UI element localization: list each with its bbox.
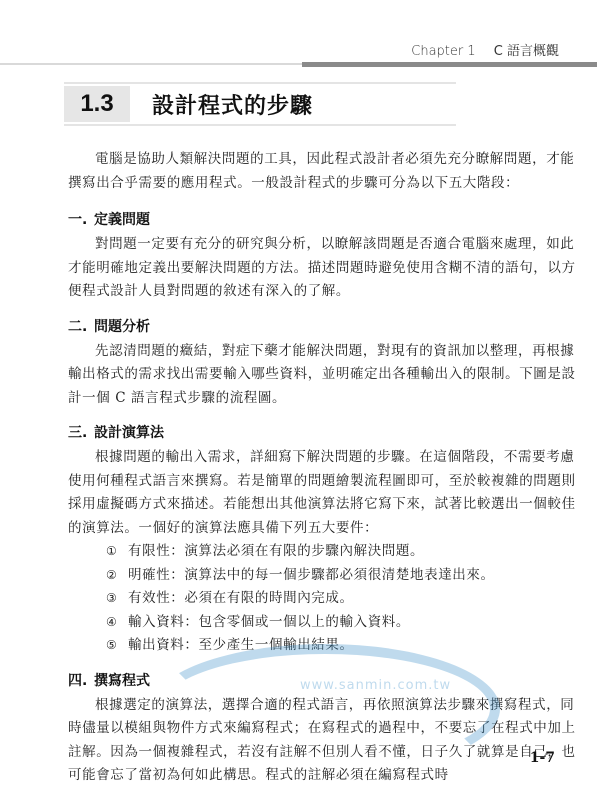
list-item: ④輸入資料：包含零個或一個以上的輸入資料。 xyxy=(106,611,577,635)
chapter-label: Chapter 1 xyxy=(411,44,475,59)
requirements-list: ①有限性：演算法必須在有限的步驟內解決問題。 ②明確性：演算法中的每一個步驟都必… xyxy=(68,540,577,658)
step-heading: 一.定義問題 xyxy=(68,207,577,233)
chapter-title: C 語言概觀 xyxy=(494,44,559,59)
running-header: Chapter 1 C 語言概觀 xyxy=(411,40,559,59)
section-heading: 1.3 設計程式的步驟 xyxy=(64,82,456,126)
intro-paragraph: 電腦是協助人類解決問題的工具，因此程式設計者必須先充分瞭解問題，才能撰寫出合乎需… xyxy=(68,148,577,195)
circled-number-icon: ④ xyxy=(106,611,128,635)
circled-number-icon: ⑤ xyxy=(106,634,128,658)
step-analyze-problem: 二.問題分析 先認清問題的癥結，對症下藥才能解決問題，對現有的資訊加以整理，再根… xyxy=(68,314,577,411)
step-body: 根據問題的輸出入需求，詳細寫下解決問題的步驟。在這個階段，不需要考慮使用何種程式… xyxy=(68,446,577,540)
section-title: 設計程式的步驟 xyxy=(152,89,313,120)
page-number: 1-7 xyxy=(530,750,555,766)
circled-number-icon: ③ xyxy=(106,587,128,611)
circled-number-icon: ② xyxy=(106,564,128,588)
step-heading: 三.設計演算法 xyxy=(68,420,577,446)
step-body: 先認清問題的癥結，對症下藥才能解決問題，對現有的資訊加以整理，再根據輸出格式的需… xyxy=(68,340,577,411)
circled-number-icon: ① xyxy=(106,540,128,564)
step-body: 根據選定的演算法，選擇合適的程式語言，再依照演算法步驟來撰寫程式，同時儘量以模組… xyxy=(68,694,577,788)
step-heading: 二.問題分析 xyxy=(68,314,577,340)
section-number: 1.3 xyxy=(64,86,130,122)
list-item: ③有效性：必須在有限的時間內完成。 xyxy=(106,587,577,611)
header-rule-light xyxy=(0,63,302,65)
header-rule-dark xyxy=(302,62,597,67)
list-item: ②明確性：演算法中的每一個步驟都必須很清楚地表達出來。 xyxy=(106,564,577,588)
step-define-problem: 一.定義問題 對問題一定要有充分的研究與分析，以瞭解該問題是否適合電腦來處理，如… xyxy=(68,207,577,304)
step-write-program: 四.撰寫程式 根據選定的演算法，選擇合適的程式語言，再依照演算法步驟來撰寫程式，… xyxy=(68,668,577,788)
step-design-algorithm: 三.設計演算法 根據問題的輸出入需求，詳細寫下解決問題的步驟。在這個階段，不需要… xyxy=(68,420,577,658)
page-body: 電腦是協助人類解決問題的工具，因此程式設計者必須先充分瞭解問題，才能撰寫出合乎需… xyxy=(68,148,577,788)
step-heading: 四.撰寫程式 xyxy=(68,668,577,694)
list-item: ①有限性：演算法必須在有限的步驟內解決問題。 xyxy=(106,540,577,564)
step-body: 對問題一定要有充分的研究與分析，以瞭解該問題是否適合電腦來處理，如此才能明確地定… xyxy=(68,233,577,304)
list-item: ⑤輸出資料：至少產生一個輸出結果。 xyxy=(106,634,577,658)
